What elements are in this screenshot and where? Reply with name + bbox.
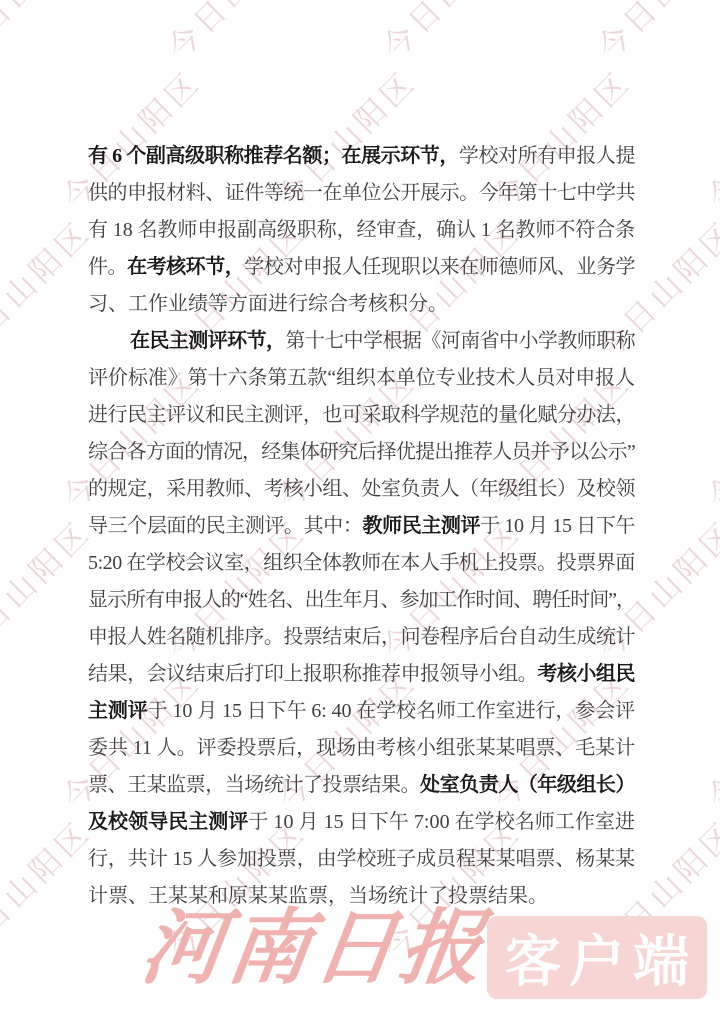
text-line: 进行民主评议和民主测评，也可采取科学规范的量化赋分办法， — [88, 397, 635, 434]
watermark-text: 今日山阳区 — [370, 0, 529, 67]
text-segment: 5:20 在学校会议室，组织全体教师在本人手机上投票。投票界面 — [88, 552, 635, 574]
text-line: 主测评于 10 月 15 日下午 6: 40 在学校名师工作室进行，参会评 — [88, 693, 635, 730]
text-segment: 于 10 月 15 日下午 6: 40 在学校名师工作室进行，参会评 — [148, 700, 635, 722]
text-segment: 票、王某监票，当场统计了投票结果。 — [88, 774, 420, 796]
watermark-text: 今日山阳区 — [585, 0, 720, 67]
text-line: 综合各方面的情况，经集体研究后择优提出推荐人员并予以公示” — [88, 434, 635, 471]
text-segment: 于 10 月 15 日下午 7:00 在学校名师工作室进 — [248, 811, 635, 833]
text-line: 及校领导民主测评于 10 月 15 日下午 7:00 在学校名师工作室进 — [88, 804, 635, 841]
watermark-text: 今日山阳区 — [695, 358, 720, 517]
text-line: 委共 11 人。评委投票后，现场由考核小组张某某唱票、毛某计 — [88, 730, 635, 767]
text-line: 显示所有申报人的“姓名、出生年月、参加工作时间、聘任时间”， — [88, 582, 635, 619]
text-line: 的规定，采用教师、考核小组、处室负责人（年级组长）及校领 — [88, 471, 635, 508]
text-line: 件。在考核环节，学校对申报人任现职以来在师德师风、业务学 — [88, 249, 635, 286]
text-segment: 件。 — [88, 256, 127, 278]
text-segment: 行，共计 15 人参加投票，由学校班子成员程某某唱票、杨某某 — [88, 848, 635, 870]
text-segment: 于 10 月 15 日下午 — [480, 515, 635, 537]
client-badge: 客户端 — [487, 916, 707, 999]
text-segment: 学校对申报人任现职以来在师德师风、业务学 — [244, 256, 635, 278]
text-line: 导三个层面的民主测评。其中：教师民主测评于 10 月 15 日下午 — [88, 508, 635, 545]
text-segment: 进行民主评议和民主测评，也可采取科学规范的量化赋分办法， — [88, 404, 635, 426]
text-line: 有 18 名教师申报副高级职称，经审查，确认 1 名教师不符合条 — [88, 212, 635, 249]
bold-text-segment: 考核小组民 — [537, 663, 635, 685]
text-line: 习、工作业绩等方面进行综合考核积分。 — [88, 286, 635, 323]
watermark-text: 今日山阳区 — [0, 508, 100, 667]
henan-daily-logo: 河南日报 客户端 — [0, 895, 720, 1018]
text-segment: 第十七中学根据《河南省中小学教师职称 — [285, 330, 635, 352]
bold-text-segment: 及校领导民主测评 — [88, 811, 248, 833]
bold-text-segment: 教师民主测评 — [363, 515, 481, 537]
text-line: 行，共计 15 人参加投票，由学校班子成员程某某唱票、杨某某 — [88, 841, 635, 878]
henan-daily-masthead: 河南日报 — [135, 899, 493, 999]
text-line: 结果，会议结束后打印上报职称推荐申报领导小组。考核小组民 — [88, 656, 635, 693]
text-line: 供的申报材料、证件等统一在单位公开展示。今年第十七中学共 — [88, 175, 635, 212]
text-segment: 申报人姓名随机排序。投票结束后，问卷程序后台自动生成统计 — [88, 626, 635, 648]
text-segment: 评价标准》第十六条第五款“组织本单位专业技术人员对申报人 — [88, 367, 635, 389]
watermark-text: 今日山阳区 — [695, 658, 720, 817]
bold-text-segment: 有 6 个副高级职称推荐名额；在展示环节， — [88, 145, 459, 167]
text-line: 5:20 在学校会议室，组织全体教师在本人手机上投票。投票界面 — [88, 545, 635, 582]
client-badge-label: 客户端 — [505, 918, 697, 998]
text-segment: 学校对所有申报人提 — [459, 145, 635, 167]
text-segment: 导三个层面的民主测评。其中： — [88, 515, 363, 537]
text-line: 有 6 个副高级职称推荐名额；在展示环节，学校对所有申报人提 — [88, 138, 635, 175]
watermark-text: 今日山阳区 — [155, 0, 314, 67]
watermark-text: 今日山阳区 — [0, 0, 100, 67]
text-segment: 有 18 名教师申报副高级职称，经审查，确认 1 名教师不符合条 — [88, 219, 635, 241]
text-segment: 显示所有申报人的“姓名、出生年月、参加工作时间、聘任时间”， — [88, 589, 635, 611]
text-line: 申报人姓名随机排序。投票结束后，问卷程序后台自动生成统计 — [88, 619, 635, 656]
text-segment: 委共 11 人。评委投票后，现场由考核小组张某某唱票、毛某计 — [88, 737, 635, 759]
watermark-text: 今日山阳区 — [0, 208, 100, 367]
text-line: 票、王某监票，当场统计了投票结果。处室负责人（年级组长） — [88, 767, 635, 804]
article-text: 有 6 个副高级职称推荐名额；在展示环节，学校对所有申报人提供的申报材料、证件等… — [88, 138, 635, 915]
text-segment: 供的申报材料、证件等统一在单位公开展示。今年第十七中学共 — [88, 182, 635, 204]
bold-text-segment: 主测评 — [88, 700, 148, 722]
document-page: 今日山阳区今日山阳区今日山阳区今日山阳区今日山阳区今日山阳区今日山阳区今日山阳区… — [0, 0, 720, 1018]
bold-text-segment: 在考核环节， — [127, 256, 244, 278]
text-segment: 综合各方面的情况，经集体研究后择优提出推荐人员并予以公示” — [88, 441, 635, 463]
bold-text-segment: 在民主测评环节， — [130, 330, 285, 352]
bold-text-segment: 处室负责人（年级组长） — [420, 774, 635, 796]
watermark-text: 今日山阳区 — [695, 58, 720, 217]
text-segment: 的规定，采用教师、考核小组、处室负责人（年级组长）及校领 — [88, 478, 635, 500]
text-line: 在民主测评环节，第十七中学根据《河南省中小学教师职称 — [88, 323, 635, 360]
text-segment: 结果，会议结束后打印上报职称推荐申报领导小组。 — [88, 663, 537, 685]
text-segment: 习、工作业绩等方面进行综合考核积分。 — [88, 293, 448, 315]
text-line: 评价标准》第十六条第五款“组织本单位专业技术人员对申报人 — [88, 360, 635, 397]
